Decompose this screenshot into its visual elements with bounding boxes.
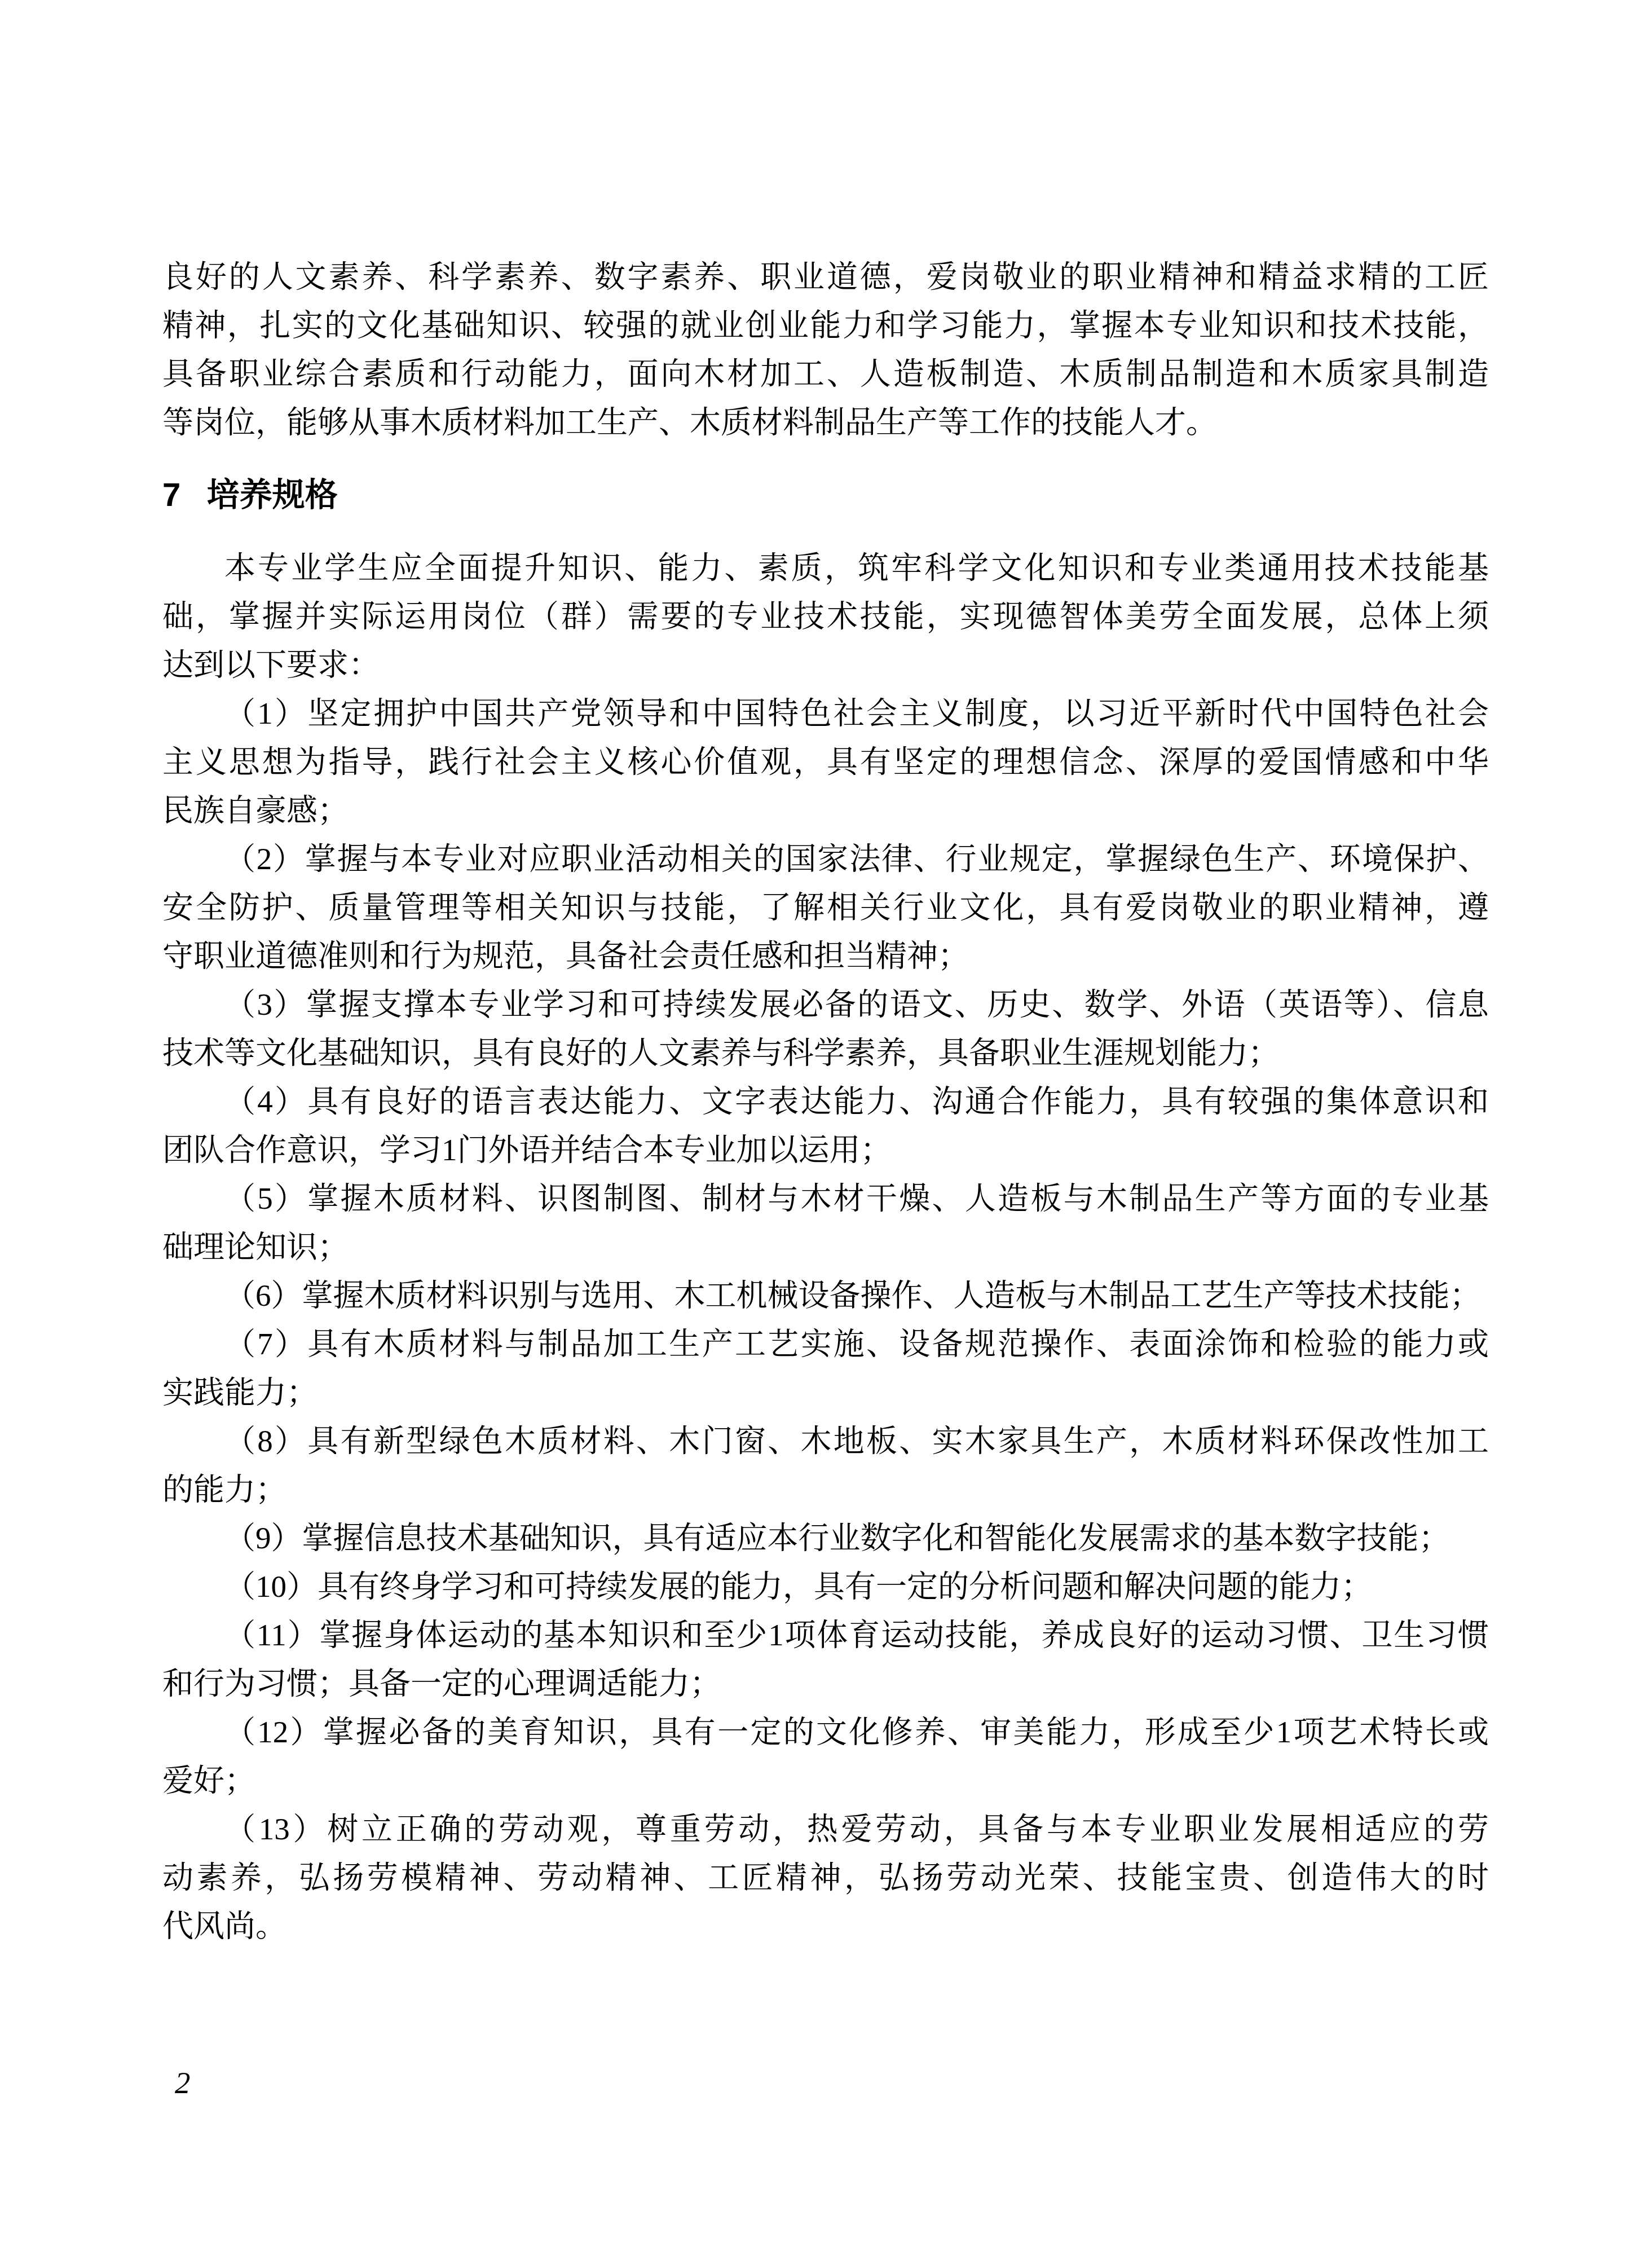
document-content: 良好的人文素养、科学素养、数字素养、职业道德，爱岗敬业的职业精神和精益求精的工匠… <box>162 253 1489 1950</box>
item-8-line-2: 的能力； <box>162 1465 1489 1514</box>
item-3-line-2: 技术等文化基础知识，具有良好的人文素养与科学素养，具备职业生涯规划能力； <box>162 1029 1489 1077</box>
item-8-line-1: （8）具有新型绿色木质材料、木门窗、木地板、实木家具生产，木质材料环保改性加工 <box>162 1417 1489 1465</box>
section-lead-line-1: 本专业学生应全面提升知识、能力、素质，筑牢科学文化知识和专业类通用技术技能基 <box>162 544 1489 592</box>
item-5-line-1: （5）掌握木质材料、识图制图、制材与木材干燥、人造板与木制品生产等方面的专业基 <box>162 1174 1489 1223</box>
heading-number: 7 <box>162 477 180 513</box>
item-2-line-2: 安全防护、质量管理等相关知识与技能，了解相关行业文化，具有爱岗敬业的职业精神，遵 <box>162 883 1489 932</box>
item-13-line-2: 动素养，弘扬劳模精神、劳动精神、工匠精神，弘扬劳动光荣、技能宝贵、创造伟大的时 <box>162 1853 1489 1902</box>
intro-paragraph-line-3: 具备职业综合素质和行动能力，面向木材加工、人造板制造、木质制品制造和木质家具制造 <box>162 350 1489 398</box>
item-13-line-3: 代风尚。 <box>162 1902 1489 1950</box>
section-lead-line-2: 础，掌握并实际运用岗位（群）需要的专业技术技能，实现德智体美劳全面发展，总体上须 <box>162 592 1489 641</box>
item-11-line-1: （11）掌握身体运动的基本知识和至少1项体育运动技能，养成良好的运动习惯、卫生习… <box>162 1611 1489 1659</box>
intro-paragraph-line-1: 良好的人文素养、科学素养、数字素养、职业道德，爱岗敬业的职业精神和精益求精的工匠 <box>162 253 1489 301</box>
item-7-line-2: 实践能力； <box>162 1368 1489 1417</box>
item-2-line-1: （2）掌握与本专业对应职业活动相关的国家法律、行业规定，掌握绿色生产、环境保护、 <box>162 835 1489 883</box>
document-page: 良好的人文素养、科学素养、数字素养、职业道德，爱岗敬业的职业精神和精益求精的工匠… <box>0 0 1627 2268</box>
item-11-line-2: 和行为习惯；具备一定的心理调适能力； <box>162 1659 1489 1708</box>
item-2-line-3: 守职业道德准则和行为规范，具备社会责任感和担当精神； <box>162 932 1489 980</box>
item-1-line-3: 民族自豪感； <box>162 786 1489 835</box>
section-heading: 7培养规格 <box>162 471 1489 519</box>
page-number: 2 <box>175 2059 191 2107</box>
item-6-line-1: （6）掌握木质材料识别与选用、木工机械设备操作、人造板与木制品工艺生产等技术技能… <box>162 1271 1489 1320</box>
item-12-line-1: （12）掌握必备的美育知识，具有一定的文化修养、审美能力，形成至少1项艺术特长或 <box>162 1708 1489 1756</box>
item-13-line-1: （13）树立正确的劳动观，尊重劳动，热爱劳动，具备与本专业职业发展相适应的劳 <box>162 1805 1489 1853</box>
item-10-line-1: （10）具有终身学习和可持续发展的能力，具有一定的分析问题和解决问题的能力； <box>162 1562 1489 1611</box>
item-1-line-2: 主义思想为指导，践行社会主义核心价值观，具有坚定的理想信念、深厚的爱国情感和中华 <box>162 738 1489 786</box>
intro-paragraph-line-2: 精神，扎实的文化基础知识、较强的就业创业能力和学习能力，掌握本专业知识和技术技能… <box>162 301 1489 350</box>
item-4-line-2: 团队合作意识，学习1门外语并结合本专业加以运用； <box>162 1126 1489 1174</box>
item-7-line-1: （7）具有木质材料与制品加工生产工艺实施、设备规范操作、表面涂饰和检验的能力或 <box>162 1320 1489 1368</box>
item-9-line-1: （9）掌握信息技术基础知识，具有适应本行业数字化和智能化发展需求的基本数字技能； <box>162 1514 1489 1562</box>
item-12-line-2: 爱好； <box>162 1756 1489 1805</box>
item-1-line-1: （1）坚定拥护中国共产党领导和中国特色社会主义制度，以习近平新时代中国特色社会 <box>162 689 1489 738</box>
intro-paragraph-line-4: 等岗位，能够从事木质材料加工生产、木质材料制品生产等工作的技能人才。 <box>162 398 1489 447</box>
item-3-line-1: （3）掌握支撑本专业学习和可持续发展必备的语文、历史、数学、外语（英语等）、信息 <box>162 980 1489 1029</box>
section-lead-line-3: 达到以下要求： <box>162 641 1489 689</box>
heading-title: 培养规格 <box>207 477 338 513</box>
item-4-line-1: （4）具有良好的语言表达能力、文字表达能力、沟通合作能力，具有较强的集体意识和 <box>162 1077 1489 1126</box>
item-5-line-2: 础理论知识； <box>162 1223 1489 1271</box>
